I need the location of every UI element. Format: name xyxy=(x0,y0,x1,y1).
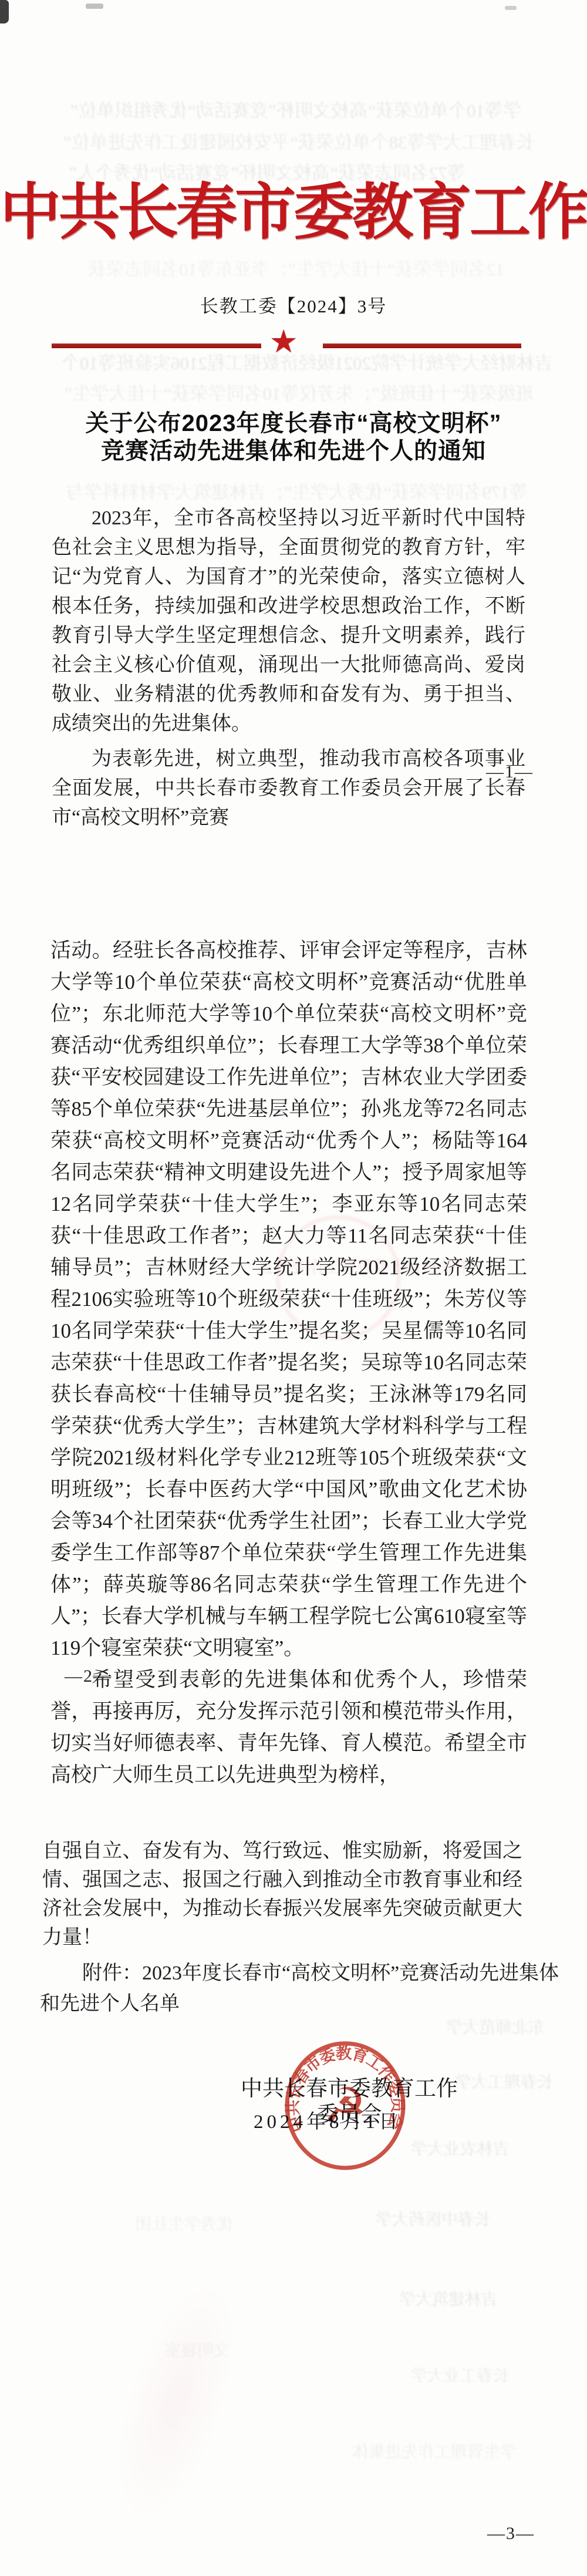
official-seal: 中共长春市委教育工作委员会 ☭ xyxy=(275,2033,416,2180)
bleed-through-text: 长春中医药大学 xyxy=(376,2209,491,2231)
bleed-through-text: 等179名同学荣获“优秀大学生”；吉林建筑大学材料科学与 xyxy=(66,481,528,504)
paragraph-continuation: 活动。经驻长各高校推荐、评审会评定等程序，吉林大学等10个单位荣获“高校文明杯”… xyxy=(50,935,527,1664)
paragraph-continuation: 自强自立、奋发有为、笃行致远、惟实励新，将爱国之情、强国之志、报国之行融入到推动… xyxy=(42,1837,522,1952)
page2-body: 活动。经驻长各高校推荐、评审会评定等程序，吉林大学等10个单位荣获“高校文明杯”… xyxy=(50,935,527,1791)
bleed-through-text: 学生管理工作先进集体 xyxy=(352,2442,517,2464)
page-number-2: —2— xyxy=(65,1666,112,1686)
notice-title-line1: 关于公布2023年度长春市“高校文明杯” xyxy=(0,410,587,437)
bleed-through-text: 12名同学荣获“十佳大学生”；李亚东等10名同志荣获 xyxy=(88,258,505,281)
letterhead-org-title: 中共长春市委教育工作委员会文件 xyxy=(0,175,587,251)
bleed-through-text: 文明寝室 xyxy=(164,2340,230,2362)
bleed-through-text: 班级荣获“十佳班级”；朱芳仪等10名同学荣获“十佳大学生” xyxy=(65,383,534,405)
red-star-icon: ★ xyxy=(269,324,298,359)
attachment-line1: 附件：2023年度长春市“高校文明杯”竞赛活动先进集体 xyxy=(42,1959,562,1988)
page-number-1: —1— xyxy=(486,762,534,782)
page3-body: 自强自立、奋发有为、笃行致远、惟实励新，将爱国之情、强国之志、报国之行融入到推动… xyxy=(42,1837,522,1952)
page-number-3: —3— xyxy=(487,2524,535,2544)
bleed-through-text: 东北师范大学 xyxy=(446,2017,545,2039)
letterhead-rule-left xyxy=(52,344,261,348)
hammer-sickle-icon: ☭ xyxy=(323,2078,367,2134)
paragraph: 希望受到表彰的先进集体和优秀个人，珍惜荣誉，再接再厉，充分发挥示范引领和模范带头… xyxy=(50,1664,527,1791)
scanned-document: 学等10个单位荣获“高校文明杯”竞赛活动“优秀组织单位” 长春理工大学等38个单… xyxy=(0,0,587,2576)
scan-stain xyxy=(93,2270,259,2534)
scan-smudge xyxy=(0,0,9,23)
bleed-through-text: 吉林农业大学 xyxy=(411,2139,510,2161)
scan-mark xyxy=(86,4,103,9)
page1-body: 2023年，全市各高校坚持以习近平新时代中国特色社会主义思想为指导，全面贯彻党的… xyxy=(52,504,525,833)
bleed-through-text: 学等10个单位荣获“高校文明杯”竞赛活动“优秀组织单位” xyxy=(70,100,521,122)
document-number: 长教工委【2024】3号 xyxy=(0,295,587,318)
notice-title: 关于公布2023年度长春市“高校文明杯” 竞赛活动先进集体和先进个人的通知 xyxy=(0,410,587,465)
bleed-through-text: 优秀学生社团 xyxy=(135,2214,234,2236)
letterhead-rule-right xyxy=(323,344,521,348)
paragraph: 2023年，全市各高校坚持以习近平新时代中国特色社会主义思想为指导，全面贯彻党的… xyxy=(52,504,525,739)
paragraph: 为表彰先进，树立典型，推动我市高校各项事业全面发展，中共长春市委教育工作委员会开… xyxy=(52,745,525,833)
notice-title-line2: 竞赛活动先进集体和先进个人的通知 xyxy=(0,437,587,465)
bleed-through-text: 吉林建筑大学 xyxy=(399,2289,498,2311)
bleed-through-text: 吉林财经大学统计学院2021级经济数据工程2106实验班等10个 xyxy=(62,352,553,375)
bleed-through-text: 长春工业大学 xyxy=(411,2365,510,2388)
bleed-through-text: 长春理工大学 xyxy=(455,2072,554,2094)
bleed-through-text: 长春理工大学等38个单位荣获“平安校园建设工作先进单位” xyxy=(63,132,535,154)
scan-mark xyxy=(505,6,517,10)
attachment-line2: 和先进个人名单 xyxy=(40,1989,520,2018)
